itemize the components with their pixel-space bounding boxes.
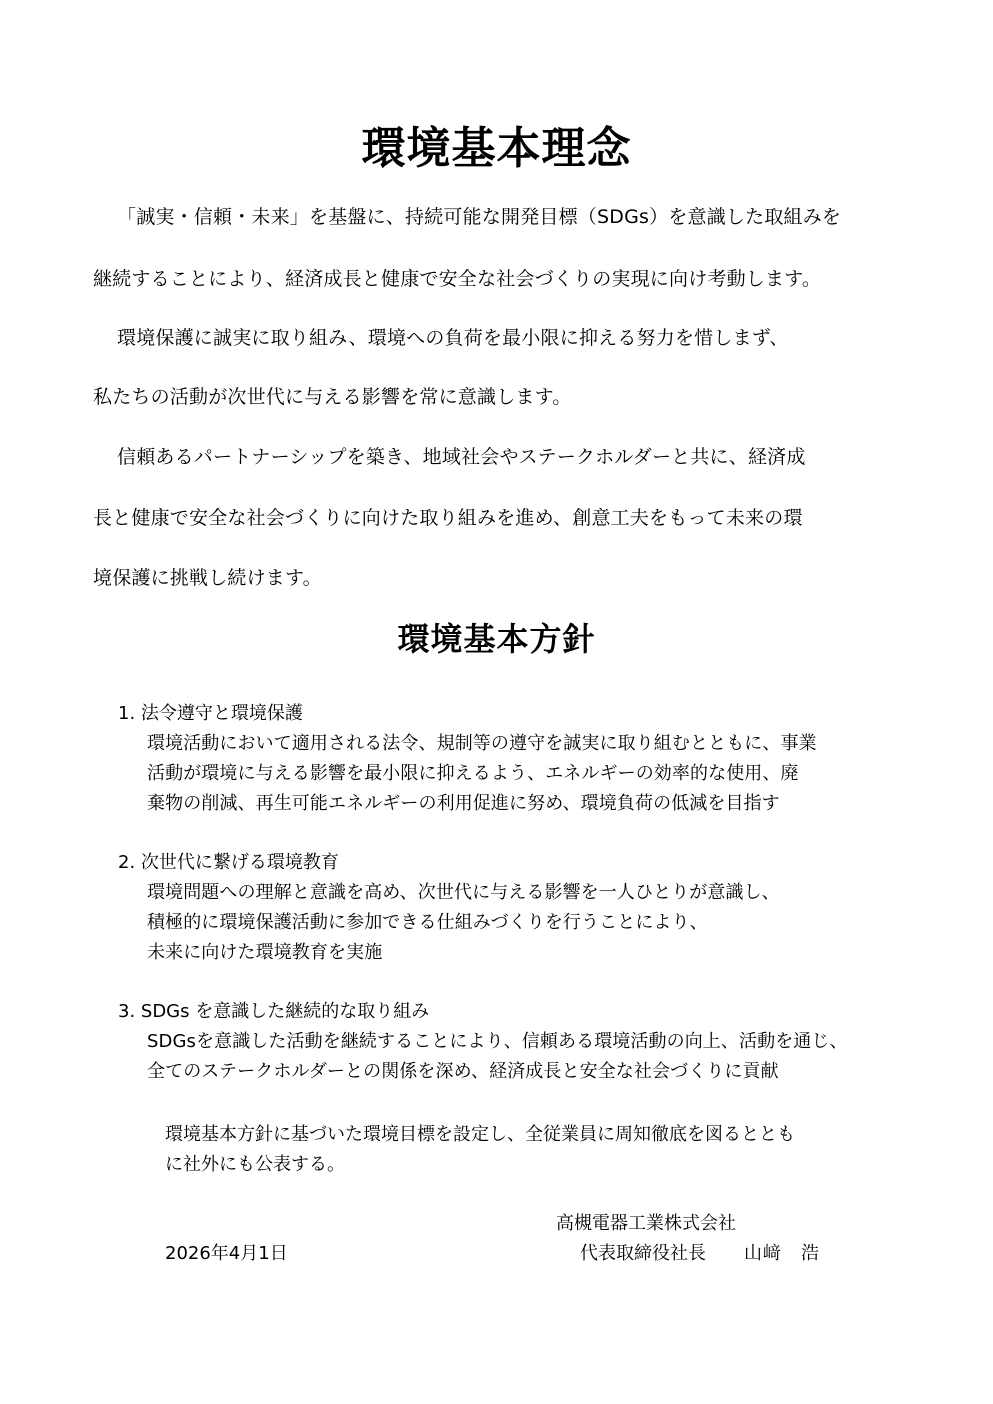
page-title: 環境基本理念 [0, 112, 993, 176]
policy-item-3-heading: 3. SDGs を意識した継続的な取り組み [118, 997, 429, 1023]
document-page: 環境基本理念 「誠実・信頼・未来」を基盤に、持続可能な開発目標（SDGs）を意識… [0, 0, 993, 1404]
policy-title: 環境基本方針 [0, 614, 993, 660]
philosophy-p2-line2: 私たちの活動が次世代に与える影響を常に意識します。 [93, 382, 571, 409]
philosophy-p3-line1: 信頼あるパートナーシップを築き、地域社会やステークホルダーと共に、経済成 [117, 442, 806, 469]
policy-item-1-line1: 環境活動において適用される法令、規制等の遵守を誠実に取り組むとともに、事業 [147, 729, 817, 755]
policy-item-2-line3: 未来に向けた環境教育を実施 [147, 938, 382, 964]
closing-line1: 環境基本方針に基づいた環境目標を設定し、全従業員に周知徹底を図るととも [165, 1120, 795, 1146]
policy-item-1-heading: 1. 法令遵守と環境保護 [118, 699, 303, 725]
philosophy-p1-line2: 継続することにより、経済成長と健康で安全な社会づくりの実現に向け考動します。 [93, 264, 821, 291]
policy-item-2-line2: 積極的に環境保護活動に参加できる仕組みづくりを行うことにより、 [147, 908, 708, 934]
policy-item-1-line2: 活動が環境に与える影響を最小限に抑えるよう、エネルギーの効率的な使用、廃 [147, 759, 799, 785]
policy-item-3-line1: SDGsを意識した活動を継続することにより、信頼ある環境活動の向上、活動を通じ、 [147, 1027, 848, 1053]
philosophy-p2-line1: 環境保護に誠実に取り組み、環境への負荷を最小限に抑える努力を惜しまず、 [117, 323, 789, 350]
policy-item-3-line2: 全てのステークホルダーとの関係を深め、経済成長と安全な社会づくりに貢献 [147, 1057, 779, 1083]
signatory-position: 代表取締役社長 [580, 1239, 706, 1265]
issue-date: 2026年4月1日 [165, 1239, 288, 1265]
company-name: 高槻電器工業株式会社 [556, 1209, 736, 1235]
policy-item-2-heading: 2. 次世代に繋げる環境教育 [118, 848, 339, 874]
signatory-name: 山﨑 浩 [744, 1239, 820, 1265]
policy-item-1-line3: 棄物の削減、再生可能エネルギーの利用促進に努め、環境負荷の低減を目指す [147, 789, 780, 815]
closing-line2: に社外にも公表する。 [165, 1150, 345, 1176]
philosophy-p3-line2: 長と健康で安全な社会づくりに向けた取り組みを進め、創意工夫をもって未来の環 [93, 503, 803, 530]
philosophy-p3-line3: 境保護に挑戦し続けます。 [93, 563, 322, 590]
philosophy-p1-line1: 「誠実・信頼・未来」を基盤に、持続可能な開発目標（SDGs）を意識した取組みを [117, 202, 841, 229]
policy-item-2-line1: 環境問題への理解と意識を高め、次世代に与える影響を一人ひとりが意識し、 [147, 878, 780, 904]
